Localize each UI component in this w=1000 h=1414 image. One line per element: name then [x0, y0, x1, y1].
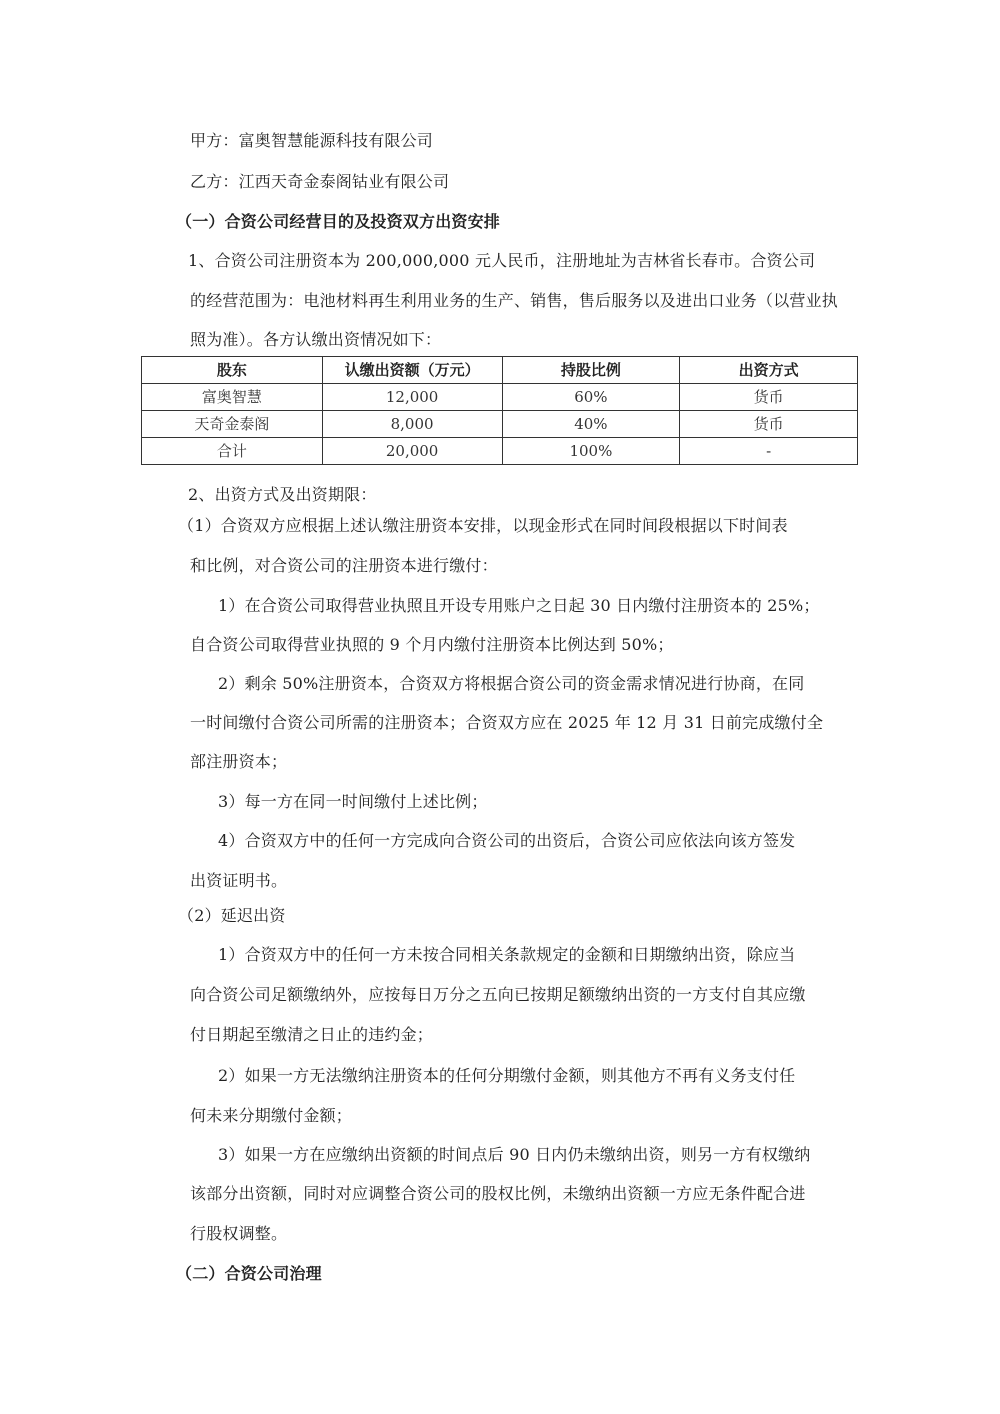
sub-1-item-2-line-3: 部注册资本； — [190, 752, 287, 772]
sub-2-item-1-line-1: 1）合资双方中的任何一方未按合同相关条款规定的金额和日期缴纳出资，除应当 — [218, 945, 795, 965]
sub-1-item-1-line-2: 自合资公司取得营业执照的 9 个月内缴付注册资本比例达到 50%； — [190, 635, 674, 655]
header-shareholder: 股东 — [142, 357, 323, 384]
cell-method: 货币 — [680, 411, 858, 438]
table-row: 富奥智慧 12,000 60% 货币 — [142, 384, 858, 411]
cell-ratio: 40% — [502, 411, 680, 438]
sub-1-item-1-line-1: 1）在合资公司取得营业执照且开设专用账户之日起 30 日内缴付注册资本的 25%… — [218, 596, 820, 616]
header-share-ratio: 持股比例 — [502, 357, 680, 384]
sub-2-item-3-line-2: 该部分出资额，同时对应调整合资公司的股权比例，未缴纳出资额一方应无条件配合进 — [190, 1184, 806, 1204]
para-2-title: 2、出资方式及出资期限： — [188, 485, 377, 505]
cell-shareholder: 富奥智慧 — [142, 384, 323, 411]
table-row: 天奇金泰阁 8,000 40% 货币 — [142, 411, 858, 438]
sub-1-item-3-line-1: 3）每一方在同一时间缴付上述比例； — [218, 792, 488, 812]
party-a-line: 甲方：富奥智慧能源科技有限公司 — [190, 131, 433, 151]
party-b-line: 乙方：江西天奇金泰阁钴业有限公司 — [190, 172, 449, 192]
sub-1-line-2: 和比例，对合资公司的注册资本进行缴付： — [190, 556, 498, 576]
sub-1-item-2-line-1: 2）剩余 50%注册资本，合资双方将根据合资公司的资金需求情况进行协商，在同 — [218, 674, 804, 694]
cell-amount: 8,000 — [322, 411, 502, 438]
cell-ratio: 60% — [502, 384, 680, 411]
cell-shareholder: 合计 — [142, 438, 323, 465]
sub-2-item-2-line-2: 何未来分期缴付金额； — [190, 1106, 352, 1126]
cell-amount: 12,000 — [322, 384, 502, 411]
sub-1-item-2-line-2: 一时间缴付合资公司所需的注册资本；合资双方应在 2025 年 12 月 31 日… — [190, 713, 823, 733]
para-1-line-1: 1、合资公司注册资本为 200,000,000 元人民币，注册地址为吉林省长春市… — [188, 251, 815, 271]
cell-method: 货币 — [680, 384, 858, 411]
sub-2-item-3-line-1: 3）如果一方在应缴纳出资额的时间点后 90 日内仍未缴纳出资，则另一方有权缴纳 — [218, 1145, 811, 1165]
document-page: 甲方：富奥智慧能源科技有限公司 乙方：江西天奇金泰阁钴业有限公司 （一）合资公司… — [0, 0, 1000, 1414]
header-subscribed-amount: 认缴出资额（万元） — [322, 357, 502, 384]
cell-ratio: 100% — [502, 438, 680, 465]
sub-2-title: （2）延迟出资 — [178, 906, 286, 926]
sub-2-item-2-line-1: 2）如果一方无法缴纳注册资本的任何分期缴付金额，则其他方不再有义务支付任 — [218, 1066, 795, 1086]
sub-1-item-4-line-2: 出资证明书。 — [190, 871, 287, 891]
sub-1-line-1: （1）合资双方应根据上述认缴注册资本安排，以现金形式在同时间段根据以下时间表 — [178, 516, 788, 536]
table-row-total: 合计 20,000 100% - — [142, 438, 858, 465]
section-2-heading: （二）合资公司治理 — [176, 1264, 322, 1284]
table-header-row: 股东 认缴出资额（万元） 持股比例 出资方式 — [142, 357, 858, 384]
cell-shareholder: 天奇金泰阁 — [142, 411, 323, 438]
sub-2-item-1-line-3: 付日期起至缴清之日止的违约金； — [190, 1025, 433, 1045]
sub-2-item-1-line-2: 向合资公司足额缴纳外，应按每日万分之五向已按期足额缴纳出资的一方支付自其应缴 — [190, 985, 806, 1005]
cell-amount: 20,000 — [322, 438, 502, 465]
shareholder-contribution-table: 股东 认缴出资额（万元） 持股比例 出资方式 富奥智慧 12,000 60% 货… — [141, 356, 858, 465]
header-contribution-method: 出资方式 — [680, 357, 858, 384]
section-1-heading: （一）合资公司经营目的及投资双方出资安排 — [176, 212, 500, 232]
sub-2-item-3-line-3: 行股权调整。 — [190, 1224, 287, 1244]
para-1-line-2: 的经营范围为：电池材料再生利用业务的生产、销售，售后服务以及进出口业务（以营业执 — [190, 291, 838, 311]
para-1-line-3: 照为准）。各方认缴出资情况如下： — [190, 330, 441, 350]
sub-1-item-4-line-1: 4）合资双方中的任何一方完成向合资公司的出资后，合资公司应依法向该方签发 — [218, 831, 795, 851]
cell-method: - — [680, 438, 858, 465]
